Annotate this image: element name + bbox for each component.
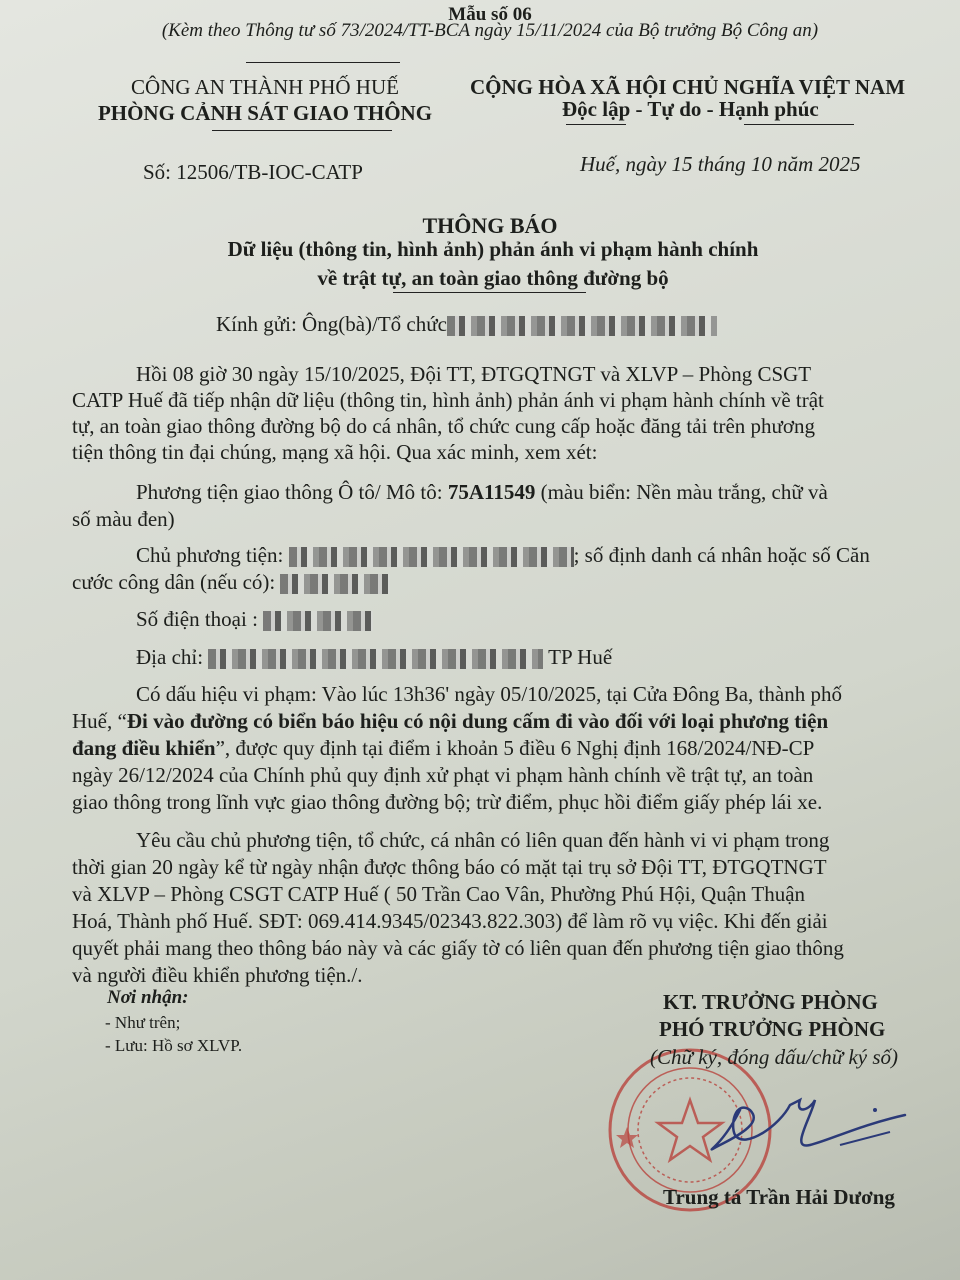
redacted-address	[208, 649, 543, 669]
form-reference: (Kèm theo Thông tư số 73/2024/TT-BCA ngà…	[0, 20, 960, 42]
plate-color: (màu biển: Nền màu trắng, chữ và	[535, 480, 827, 504]
divider	[744, 124, 854, 125]
intro-line: tiện thông tin đại chúng, mạng xã hội. Q…	[72, 436, 597, 468]
id-label-2: cước công dân (nếu có):	[72, 570, 280, 594]
signature-icon	[690, 1080, 920, 1170]
signer-name: Trung tá Trần Hải Dương	[663, 1185, 895, 1210]
id-line: cước công dân (nếu có):	[72, 566, 390, 598]
license-plate: 75A11549	[448, 480, 536, 504]
issuer-line-1: CÔNG AN THÀNH PHỐ HUẾ	[80, 75, 450, 100]
address-label: Địa chỉ:	[136, 645, 208, 669]
document-subtitle-2: về trật tự, an toàn giao thông đường bộ	[0, 266, 960, 291]
document-number: Số: 12506/TB-IOC-CATP	[143, 160, 363, 185]
violation-description: Đi vào đường có biển báo hiệu có nội dun…	[127, 709, 828, 733]
vehicle-line: Phương tiện giao thông Ô tô/ Mô tô: 75A1…	[136, 476, 828, 508]
place-date: Huế, ngày 15 tháng 10 năm 2025	[580, 152, 861, 177]
redacted-id	[280, 574, 390, 594]
recipient-item: - Lưu: Hồ sơ XLVP.	[105, 1036, 242, 1056]
redacted-phone	[263, 611, 373, 631]
nation-motto: Độc lập - Tự do - Hạnh phúc	[562, 97, 819, 122]
violation-description-end: đang điều khiển	[72, 736, 216, 760]
document-page: Mẫu số 06 (Kèm theo Thông tư số 73/2024/…	[0, 0, 960, 1280]
divider	[212, 130, 392, 131]
vehicle-label: Phương tiện giao thông Ô tô/ Mô tô:	[136, 480, 448, 504]
vehicle-line-2: số màu đen)	[72, 503, 175, 535]
divider	[246, 62, 400, 63]
recipient-item: - Như trên;	[105, 1013, 180, 1033]
document-title: THÔNG BÁO	[0, 213, 960, 239]
signature-note: (Chữ ký, đóng dấu/chữ ký số)	[650, 1045, 898, 1070]
divider	[566, 124, 626, 125]
address-line: Địa chỉ: TP Huế	[136, 641, 612, 673]
redacted-owner	[289, 547, 574, 567]
phone-line: Số điện thoại :	[136, 603, 373, 635]
violation-line: giao thông trong lĩnh vực giao thông đườ…	[72, 786, 822, 818]
text: ”, được quy định tại điểm i khoản 5 điều…	[216, 736, 815, 760]
text: Huế, “	[72, 709, 127, 733]
address-city: TP Huế	[543, 645, 612, 669]
phone-label: Số điện thoại :	[136, 607, 263, 631]
signature-title-2: PHÓ TRƯỞNG PHÒNG	[659, 1017, 885, 1042]
document-subtitle-1: Dữ liệu (thông tin, hình ảnh) phản ánh v…	[0, 237, 960, 262]
addressee-label: Kính gửi: Ông(bà)/Tổ chức	[216, 312, 447, 336]
divider	[393, 292, 586, 293]
issuer-line-2: PHÒNG CẢNH SÁT GIAO THÔNG	[80, 101, 450, 126]
redacted-addressee	[447, 316, 717, 336]
signature-title-1: KT. TRƯỞNG PHÒNG	[663, 990, 878, 1015]
addressee: Kính gửi: Ông(bà)/Tổ chức	[216, 312, 717, 337]
id-label: ; số định danh cá nhân hoặc số Căn	[574, 543, 870, 567]
recipients-label: Nơi nhận:	[107, 987, 188, 1009]
owner-label: Chủ phương tiện:	[136, 543, 289, 567]
